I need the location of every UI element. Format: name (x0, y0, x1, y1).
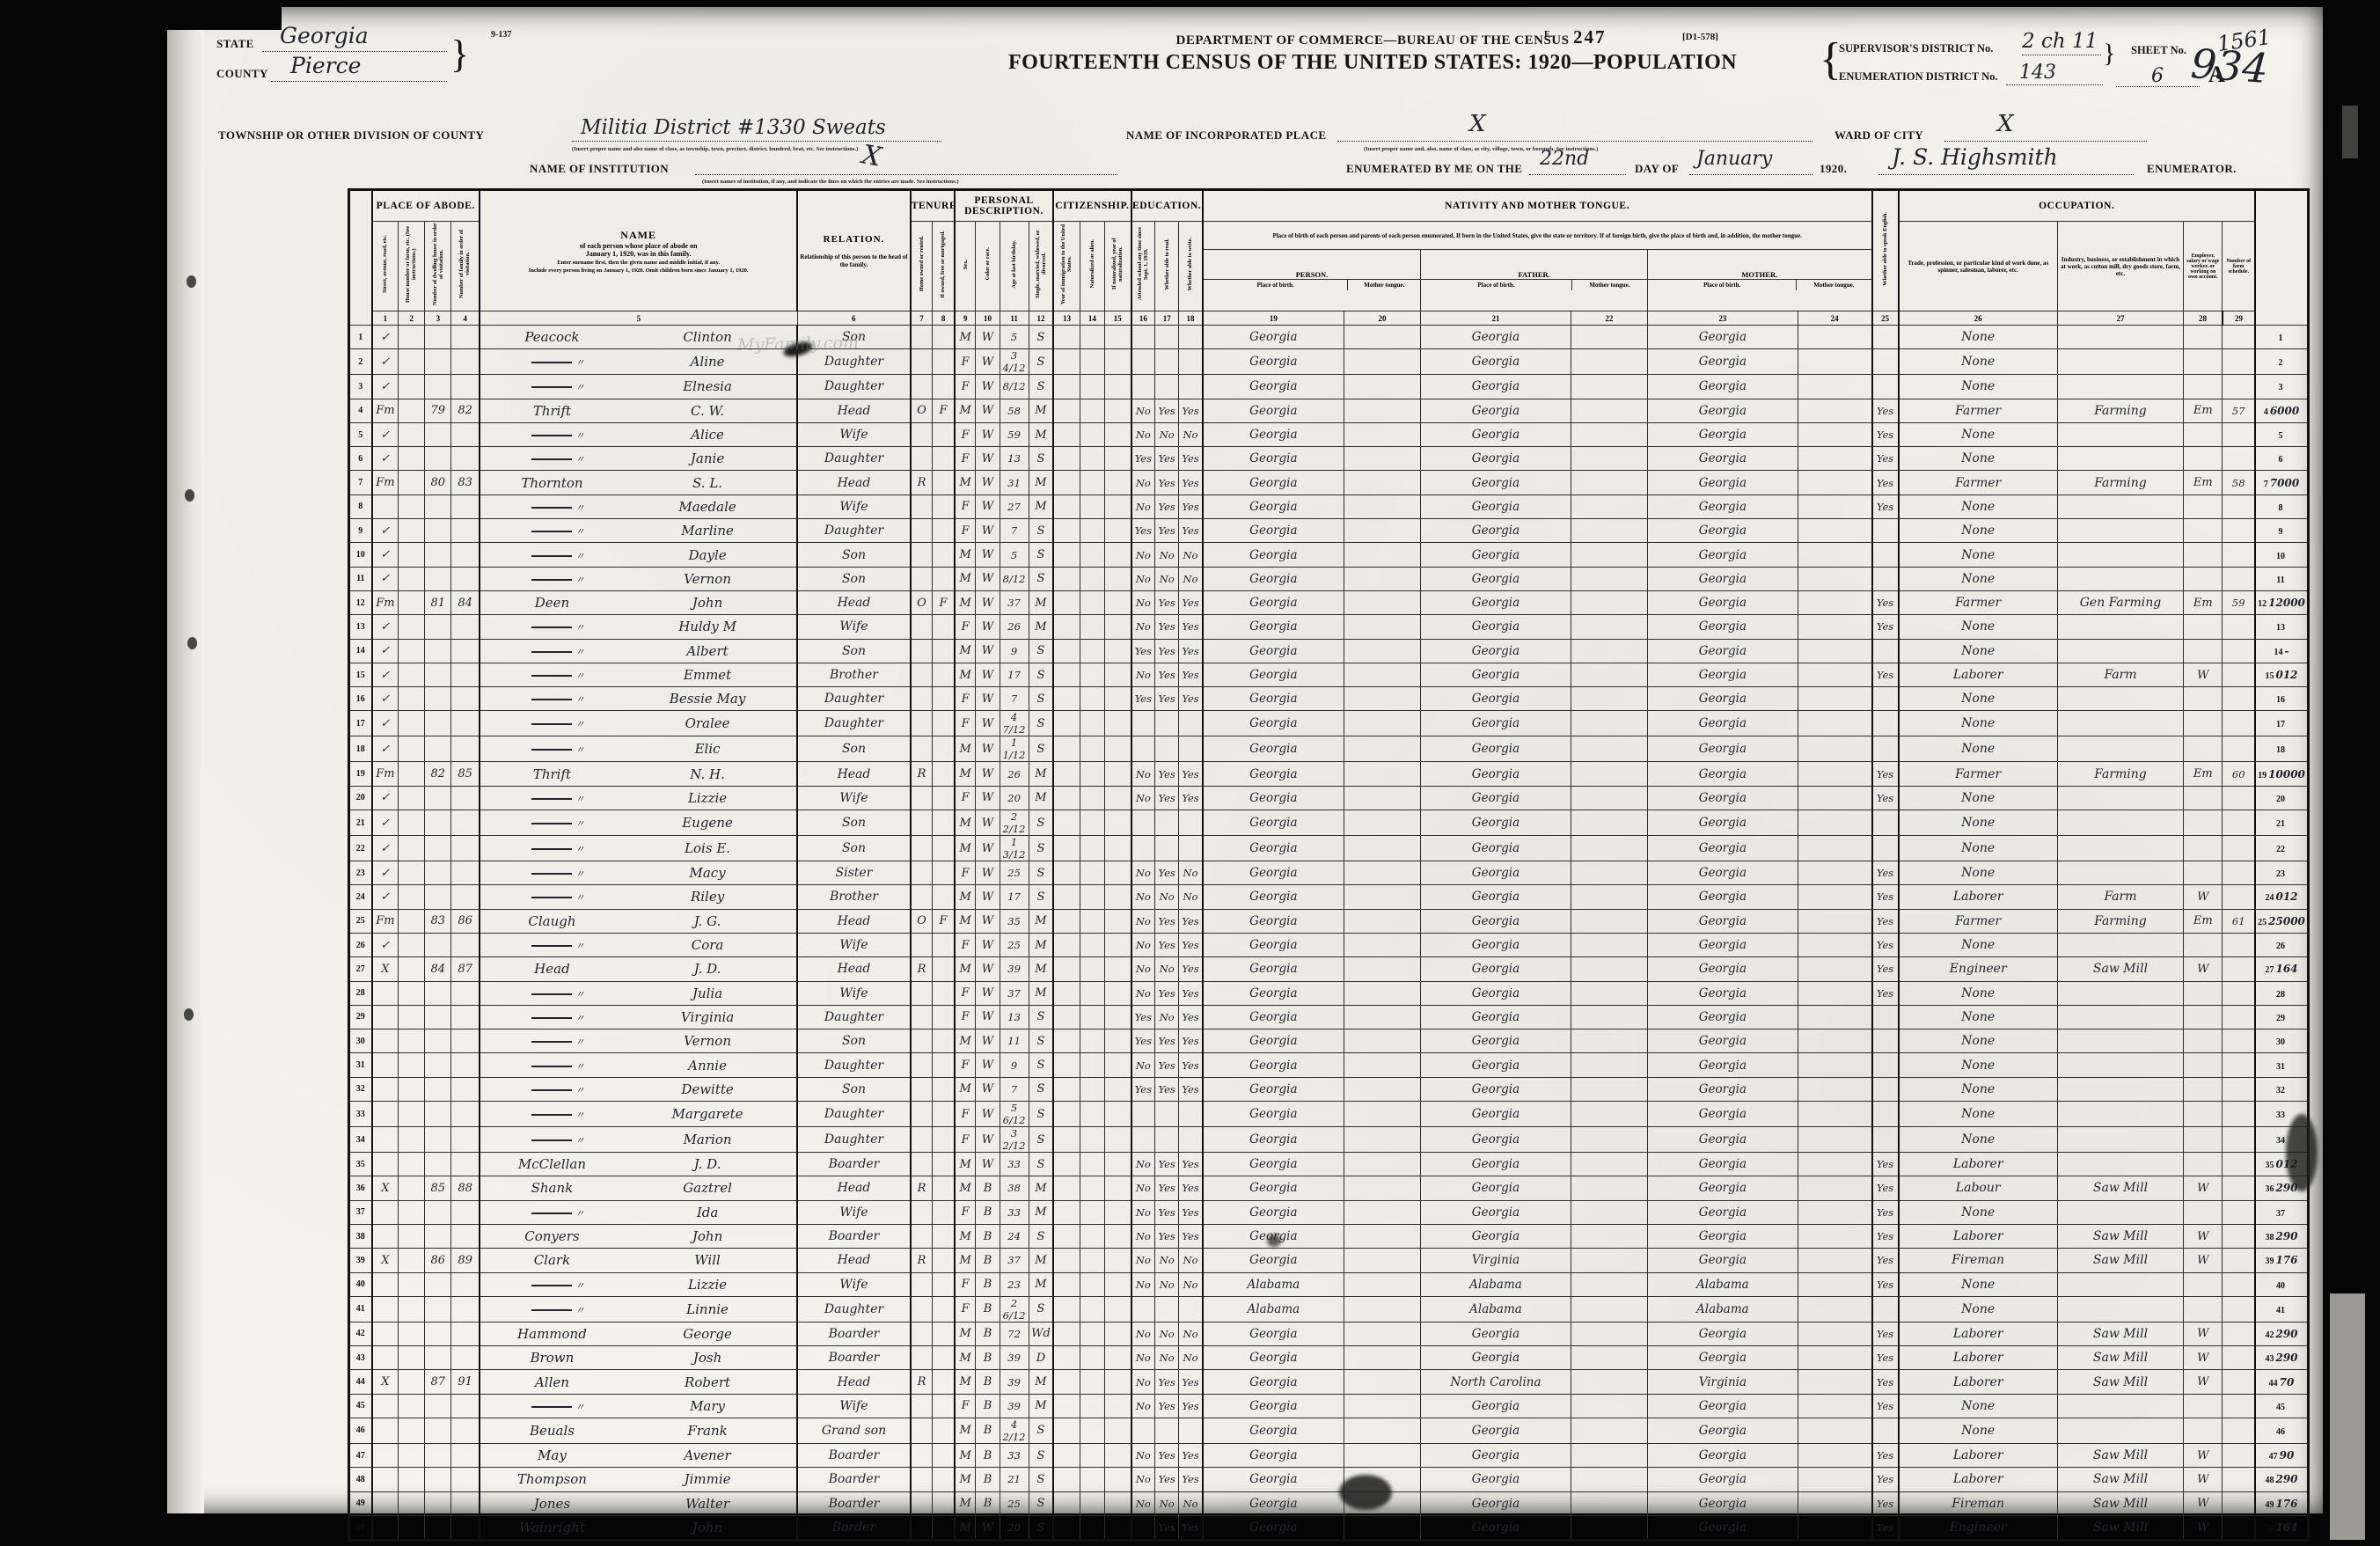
age: 20 (1000, 1515, 1029, 1540)
age: 27 (1000, 495, 1029, 518)
mother-tongue-person (1344, 762, 1420, 786)
farm-schedule-number: 59 (2223, 590, 2255, 614)
mother-tongue-father (1571, 1346, 1647, 1370)
enumeration-fill (2006, 84, 2103, 85)
immigration-year (1053, 1515, 1080, 1540)
marital-status: S (1029, 1102, 1053, 1127)
house-number (399, 663, 425, 686)
free-mortgaged (933, 1394, 955, 1418)
free-mortgaged (933, 1468, 955, 1491)
birthplace-father: Georgia (1421, 1468, 1571, 1491)
age: 21 (1000, 1468, 1029, 1491)
able-to-read: Yes (1155, 1200, 1179, 1224)
line-number-left: 13 (349, 615, 372, 639)
trade: None (1899, 1029, 2058, 1053)
able-to-write: Yes (1179, 909, 1203, 933)
able-to-write: No (1179, 1272, 1203, 1296)
able-to-read (1155, 1418, 1179, 1443)
birthplace-mother: Georgia (1648, 1249, 1798, 1272)
mother-tongue-father (1571, 1272, 1647, 1296)
birthplace-mother: Virginia (1648, 1370, 1798, 1394)
employer-class (2184, 1272, 2223, 1296)
line-number-right: 49176 (2255, 1491, 2308, 1515)
able-to-read (1155, 1127, 1179, 1153)
mother-tongue-person (1344, 1005, 1420, 1029)
name-cell: ThorntonS. L. (480, 471, 797, 495)
attended-school: No (1131, 981, 1155, 1005)
able-to-write (1179, 1127, 1203, 1153)
line-number-right: 10 (2255, 543, 2308, 567)
sex: F (955, 349, 976, 375)
table-row: 40〃LizzieWifeFB23MNoNoNoAlabamaAlabamaAl… (349, 1272, 2309, 1296)
marital-status: S (1029, 639, 1053, 663)
marital-status: S (1029, 711, 1053, 736)
naturalized (1080, 590, 1104, 614)
abode-mark: Fm (372, 590, 399, 614)
marital-status: M (1029, 909, 1053, 933)
immigration-year (1053, 1370, 1080, 1394)
mother-tongue-father (1571, 326, 1647, 349)
abode-mark: ✓ (372, 422, 399, 446)
mother-tongue-father (1571, 615, 1647, 639)
line-number-right: 6 (2255, 447, 2308, 471)
dwelling-number (425, 1127, 451, 1153)
able-to-read: No (1155, 957, 1179, 981)
sex: F (955, 786, 976, 810)
immigration-year (1053, 933, 1080, 956)
home-owned-rented (911, 933, 933, 956)
line-number-right: 39176 (2255, 1249, 2308, 1272)
employer-class (2184, 836, 2223, 861)
immigration-year (1053, 1102, 1080, 1127)
industry (2057, 1153, 2184, 1176)
sex: M (955, 1468, 976, 1491)
mother-tongue-person (1344, 861, 1420, 885)
table-row: 19Fm8285ThriftN. H.HeadRMW26MNoYesYesGeo… (349, 762, 2309, 786)
employer-class (2184, 567, 2223, 590)
birthplace-mother: Georgia (1648, 1127, 1798, 1153)
color-race: W (976, 399, 1000, 422)
mother-tongue-father (1571, 1224, 1647, 1248)
naturalization-year (1104, 1515, 1131, 1540)
attended-school: No (1131, 1370, 1155, 1394)
county-label: COUNTY (216, 67, 268, 81)
name-cell: MayAvener (480, 1443, 797, 1467)
column-number-14: 14 (1080, 311, 1104, 326)
immigration-year (1053, 422, 1080, 446)
industry (2057, 687, 2184, 711)
house-number (399, 590, 425, 614)
immigration-year (1053, 1296, 1080, 1322)
able-to-read: Yes (1155, 786, 1179, 810)
marital-status: M (1029, 762, 1053, 786)
column-number-1: 1 (372, 311, 399, 326)
color-race: W (976, 909, 1000, 933)
line-number-right: 23 (2255, 861, 2308, 885)
line-number-right: 27164 (2255, 957, 2308, 981)
employer-class (2184, 1102, 2223, 1127)
attended-school: No (1131, 495, 1155, 518)
able-to-write: Yes (1179, 1370, 1203, 1394)
birthplace-father: Georgia (1421, 1005, 1571, 1029)
mother-tongue-person (1344, 567, 1420, 590)
employer-class (2184, 711, 2223, 736)
institution-label: NAME OF INSTITUTION (530, 162, 669, 176)
able-to-read (1155, 326, 1179, 349)
line-number-left: 40 (349, 1272, 372, 1296)
attended-school: No (1131, 1176, 1155, 1200)
mother-tongue-person (1344, 1200, 1420, 1224)
age: 25 (1000, 1491, 1029, 1515)
naturalized (1080, 495, 1104, 518)
birthplace-person: Georgia (1203, 1053, 1344, 1077)
attended-school (1131, 736, 1155, 762)
mother-tongue-father (1571, 1029, 1647, 1053)
relation-cell: Son (797, 1077, 910, 1101)
naturalized (1080, 885, 1104, 909)
state-fill-line (262, 51, 447, 52)
speaks-english: Yes (1872, 1153, 1899, 1176)
home-owned-rented (911, 836, 933, 861)
age: 37 (1000, 981, 1029, 1005)
relation-cell: Sister (797, 861, 910, 885)
speaks-english (1872, 1296, 1899, 1322)
census-page: 9-137 STATE Georgia COUNTY Pierce } DEPA… (167, 7, 2323, 1513)
col-header-c15: If naturalized, year of naturalization. (1104, 222, 1131, 311)
birthplace-father: Georgia (1421, 422, 1571, 446)
birthplace-father: Georgia (1421, 736, 1571, 762)
color-race: W (976, 543, 1000, 567)
mother-tongue-mother (1798, 1224, 1871, 1248)
birthplace-father: Georgia (1421, 1418, 1571, 1443)
birthplace-mother: Georgia (1648, 1153, 1798, 1176)
dwelling-number (425, 326, 451, 349)
family-number (451, 1346, 480, 1370)
name-cell: 〃Lizzie (480, 786, 797, 810)
attended-school: No (1131, 1200, 1155, 1224)
home-owned-rented (911, 1053, 933, 1077)
house-number (399, 885, 425, 909)
column-number-25: 25 (1872, 311, 1899, 326)
marital-status: Wd (1029, 1322, 1053, 1345)
mother-tongue-person (1344, 1272, 1420, 1296)
mother-tongue-person (1344, 736, 1420, 762)
abode-mark (372, 1153, 399, 1176)
attended-school (1131, 810, 1155, 836)
able-to-read: Yes (1155, 861, 1179, 885)
relation-cell: Daughter (797, 1296, 910, 1322)
birthplace-father: Georgia (1421, 326, 1571, 349)
home-owned-rented (911, 1418, 933, 1443)
farm-schedule-number (2223, 447, 2255, 471)
state-label: STATE (216, 37, 254, 51)
table-row: 39X8689ClarkWillHeadRMB37MNoNoNoGeorgiaV… (349, 1249, 2309, 1272)
line-number-right: 17 (2255, 711, 2308, 736)
column-number-6: 6 (797, 311, 910, 326)
name-cell: DeenJohn (480, 590, 797, 614)
color-race: W (976, 471, 1000, 495)
farm-schedule-number (2223, 495, 2255, 518)
age: 3 4/12 (1000, 349, 1029, 375)
sex: F (955, 933, 976, 956)
day-fill (1529, 174, 1626, 175)
enumerated-year: 1920. (1820, 162, 1847, 176)
scan-artifact (167, 7, 282, 30)
relation-cell: Boarder (797, 1224, 910, 1248)
table-row: 37〃IdaWifeFB33MNoYesYesGeorgiaGeorgiaGeo… (349, 1200, 2309, 1224)
dwelling-number (425, 1491, 451, 1515)
column-number-17: 17 (1155, 311, 1179, 326)
family-number: 86 (451, 909, 480, 933)
sex: M (955, 1224, 976, 1248)
mother-tongue-father (1571, 762, 1647, 786)
scan-edge-artifact (2342, 106, 2358, 158)
table-row: 2✓〃AlineDaughterFW3 4/12SGeorgiaGeorgiaG… (349, 349, 2309, 375)
industry (2057, 981, 2184, 1005)
abode-mark: ✓ (372, 543, 399, 567)
mother-tongue-person (1344, 326, 1420, 349)
birthplace-mother: Georgia (1648, 326, 1798, 349)
birthplace-mother: Georgia (1648, 1224, 1798, 1248)
enumerated-month: January (1696, 148, 1772, 170)
relation-cell: Daughter (797, 447, 910, 471)
able-to-write: Yes (1179, 447, 1203, 471)
mother-tongue-mother (1798, 1249, 1871, 1272)
dwelling-number (425, 1102, 451, 1127)
age: 5 (1000, 326, 1029, 349)
immigration-year (1053, 615, 1080, 639)
home-owned-rented (911, 326, 933, 349)
relation-cell: Wife (797, 1394, 910, 1418)
house-number (399, 861, 425, 885)
enumerated-day: 22nd (1540, 148, 1589, 170)
industry (2057, 933, 2184, 956)
speaks-english: Yes (1872, 861, 1899, 885)
farm-schedule-number (2223, 1296, 2255, 1322)
mother-tongue-father (1571, 543, 1647, 567)
dwelling-number (425, 349, 451, 375)
naturalized (1080, 1322, 1104, 1345)
home-owned-rented (911, 1102, 933, 1127)
abode-mark: ✓ (372, 519, 399, 543)
home-owned-rented (911, 1515, 933, 1540)
speaks-english: Yes (1872, 1370, 1899, 1394)
sex: M (955, 1370, 976, 1394)
sex: M (955, 1077, 976, 1101)
naturalization-year (1104, 326, 1131, 349)
able-to-write: Yes (1179, 1077, 1203, 1101)
employer-class (2184, 1077, 2223, 1101)
free-mortgaged (933, 1322, 955, 1345)
color-race: W (976, 1053, 1000, 1077)
speaks-english: Yes (1872, 933, 1899, 956)
birthplace-father: Georgia (1421, 957, 1571, 981)
house-number (399, 495, 425, 518)
table-row: 5✓〃AliceWifeFW59MNoNoNoGeorgiaGeorgiaGeo… (349, 422, 2309, 446)
marital-status: S (1029, 1468, 1053, 1491)
able-to-write: No (1179, 543, 1203, 567)
mother-tongue-person (1344, 639, 1420, 663)
mother-tongue-mother (1798, 326, 1871, 349)
group-occupation: OCCUPATION. (1899, 190, 2255, 222)
able-to-write: Yes (1179, 1224, 1203, 1248)
mother-tongue-father (1571, 375, 1647, 399)
table-row: 43BrownJoshBoarderMB39DNoNoNoGeorgiaGeor… (349, 1346, 2309, 1370)
trade: Laborer (1899, 1153, 2058, 1176)
home-owned-rented (911, 349, 933, 375)
table-row: 13✓〃Huldy MWifeFW26MNoYesYesGeorgiaGeorg… (349, 615, 2309, 639)
col-header-c18: Whether able to write. (1179, 222, 1203, 311)
speaks-english: Yes (1872, 957, 1899, 981)
mother-tongue-person (1344, 810, 1420, 836)
dwelling-number: 85 (425, 1176, 451, 1200)
employer-class (2184, 447, 2223, 471)
incorporated-label: NAME OF INCORPORATED PLACE (1126, 128, 1326, 143)
column-number-23: 23 (1648, 311, 1798, 326)
table-row: 20✓〃LizzieWifeFW20MNoYesYesGeorgiaGeorgi… (349, 786, 2309, 810)
sex: M (955, 326, 976, 349)
family-number (451, 519, 480, 543)
naturalization-year (1104, 1443, 1131, 1467)
age: 2 6/12 (1000, 1296, 1029, 1322)
abode-mark: Fm (372, 762, 399, 786)
family-number: 89 (451, 1249, 480, 1272)
name-cell: 〃Oralee (480, 711, 797, 736)
family-number (451, 1005, 480, 1029)
birthplace-father: Georgia (1421, 615, 1571, 639)
naturalized (1080, 349, 1104, 375)
relation-cell: Wife (797, 933, 910, 956)
trade: None (1899, 786, 2058, 810)
sex: F (955, 711, 976, 736)
table-row: 32〃DewitteSonMW7SYesYesYesGeorgiaGeorgia… (349, 1077, 2309, 1101)
farm-schedule-number: 57 (2223, 399, 2255, 422)
ward-fill (1944, 141, 2147, 142)
relation-cell: Daughter (797, 519, 910, 543)
marital-status: M (1029, 786, 1053, 810)
free-mortgaged (933, 471, 955, 495)
birthplace-mother: Georgia (1648, 471, 1798, 495)
trade: None (1899, 861, 2058, 885)
naturalization-year (1104, 933, 1131, 956)
able-to-read: Yes (1155, 1053, 1179, 1077)
color-race: W (976, 736, 1000, 762)
name-cell: 〃Cora (480, 933, 797, 956)
col-header-c12: Single, married, widowed, or divorced. (1029, 222, 1053, 311)
marital-status: S (1029, 1005, 1053, 1029)
birthplace-mother: Georgia (1648, 519, 1798, 543)
naturalization-year (1104, 1249, 1131, 1272)
relation-cell: Border (797, 1515, 910, 1540)
trade: Fireman (1899, 1491, 2058, 1515)
family-number (451, 1224, 480, 1248)
color-race: W (976, 1005, 1000, 1029)
print-code: [D1-578] (1682, 32, 1718, 42)
able-to-write: Yes (1179, 1153, 1203, 1176)
able-to-write: No (1179, 1322, 1203, 1345)
age: 8/12 (1000, 375, 1029, 399)
naturalized (1080, 1443, 1104, 1467)
naturalization-year (1104, 1005, 1131, 1029)
trade: None (1899, 810, 2058, 836)
marital-status: M (1029, 1249, 1053, 1272)
free-mortgaged (933, 981, 955, 1005)
family-number (451, 543, 480, 567)
mother-tongue-mother (1798, 1322, 1871, 1345)
table-row: 24✓〃RileyBrotherMW17SNoNoNoGeorgiaGeorgi… (349, 885, 2309, 909)
home-owned-rented (911, 1272, 933, 1296)
ink-smudge (2286, 1114, 2318, 1191)
column-number-15: 15 (1104, 311, 1131, 326)
farm-schedule-number (2223, 349, 2255, 375)
industry: Saw Mill (2057, 1224, 2184, 1248)
mother-tongue-father (1571, 861, 1647, 885)
birthplace-mother: Georgia (1648, 957, 1798, 981)
table-row: 11✓〃VernonSonMW8/12SNoNoNoGeorgiaGeorgia… (349, 567, 2309, 590)
home-owned-rented (911, 861, 933, 885)
free-mortgaged: F (933, 590, 955, 614)
attended-school: No (1131, 1394, 1155, 1418)
supervisor-label: SUPERVISOR'S DISTRICT No. (1839, 42, 1993, 55)
mother-tongue-mother (1798, 1053, 1871, 1077)
able-to-read: Yes (1155, 1077, 1179, 1101)
mother-tongue-person (1344, 836, 1420, 861)
color-race: B (976, 1249, 1000, 1272)
industry: Saw Mill (2057, 1346, 2184, 1370)
name-cell: 〃Albert (480, 639, 797, 663)
birthplace-father: Georgia (1421, 471, 1571, 495)
sheet-value2: 6 (2151, 65, 2164, 87)
mother-tongue-person (1344, 1077, 1420, 1101)
farm-schedule-number (2223, 422, 2255, 446)
color-race: W (976, 1153, 1000, 1176)
dwelling-number: 84 (425, 957, 451, 981)
birthplace-person: Georgia (1203, 736, 1344, 762)
enumerated-prefix: ENUMERATED BY ME ON THE (1346, 162, 1522, 176)
marital-status: S (1029, 1053, 1053, 1077)
family-number (451, 1515, 480, 1540)
birthplace-person: Georgia (1203, 1468, 1344, 1491)
birthplace-person: Georgia (1203, 1200, 1344, 1224)
immigration-year (1053, 762, 1080, 786)
immigration-year (1053, 543, 1080, 567)
line-number-left: 31 (349, 1053, 372, 1077)
able-to-read: No (1155, 1322, 1179, 1345)
birthplace-person: Georgia (1203, 861, 1344, 885)
free-mortgaged (933, 1153, 955, 1176)
name-cell: ClarkWill (480, 1249, 797, 1272)
naturalization-year (1104, 590, 1131, 614)
abode-mark: ✓ (372, 375, 399, 399)
relation-cell: Wife (797, 1200, 910, 1224)
marital-status: S (1029, 1443, 1053, 1467)
family-number (451, 1053, 480, 1077)
house-number (399, 933, 425, 956)
line-number-right: 28 (2255, 981, 2308, 1005)
attended-school (1131, 711, 1155, 736)
attended-school: No (1131, 399, 1155, 422)
table-row: 38ConyersJohnBoarderMB24SNoYesYesGeorgia… (349, 1224, 2309, 1248)
farm-schedule-number (2223, 786, 2255, 810)
mother-tongue-father (1571, 1127, 1647, 1153)
free-mortgaged (933, 1200, 955, 1224)
color-race: W (976, 957, 1000, 981)
sex: F (955, 1005, 976, 1029)
relation-cell: Daughter (797, 1127, 910, 1153)
naturalized (1080, 1370, 1104, 1394)
able-to-read: Yes (1155, 639, 1179, 663)
speaks-english (1872, 567, 1899, 590)
